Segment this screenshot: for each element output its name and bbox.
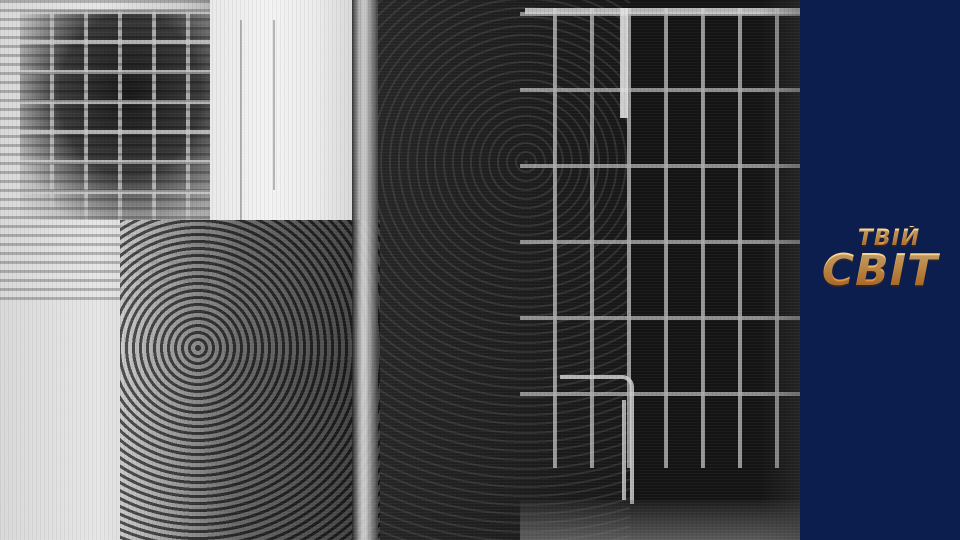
- railing-post: [622, 400, 626, 500]
- wall-seam: [240, 20, 242, 220]
- ground: [520, 500, 800, 540]
- window-post: [620, 8, 628, 118]
- brand-sidebar: ТВІЙ СВІТ: [800, 0, 960, 540]
- wall-seam: [273, 20, 275, 190]
- central-shrubbery: [120, 220, 380, 540]
- window-frame-top: [525, 8, 800, 14]
- logo-line-2: СВІТ: [800, 248, 960, 294]
- drain-pipe: [352, 0, 378, 540]
- channel-logo: ТВІЙ СВІТ: [800, 226, 960, 294]
- right-edge-fade: [760, 0, 800, 540]
- background-photo: [0, 0, 800, 540]
